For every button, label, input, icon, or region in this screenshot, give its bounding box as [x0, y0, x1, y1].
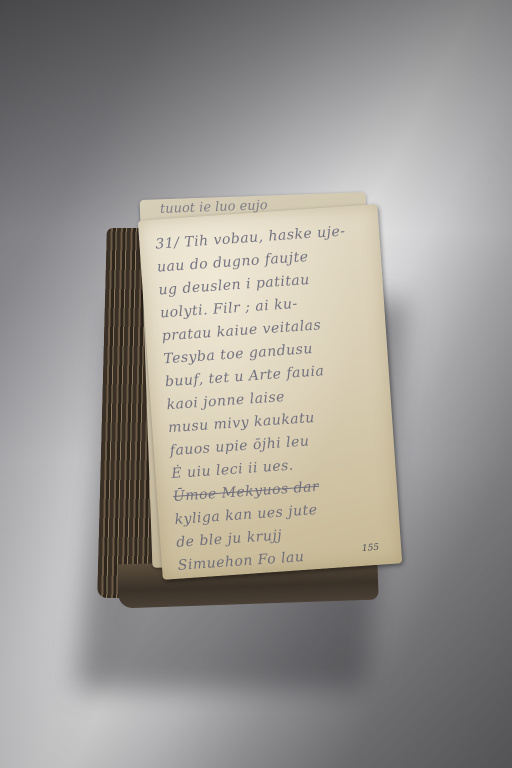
page-number: 155: [362, 543, 380, 554]
top-handwritten-page: 31/ Tih vobau, haske uje- uau do dugno f…: [138, 204, 403, 580]
